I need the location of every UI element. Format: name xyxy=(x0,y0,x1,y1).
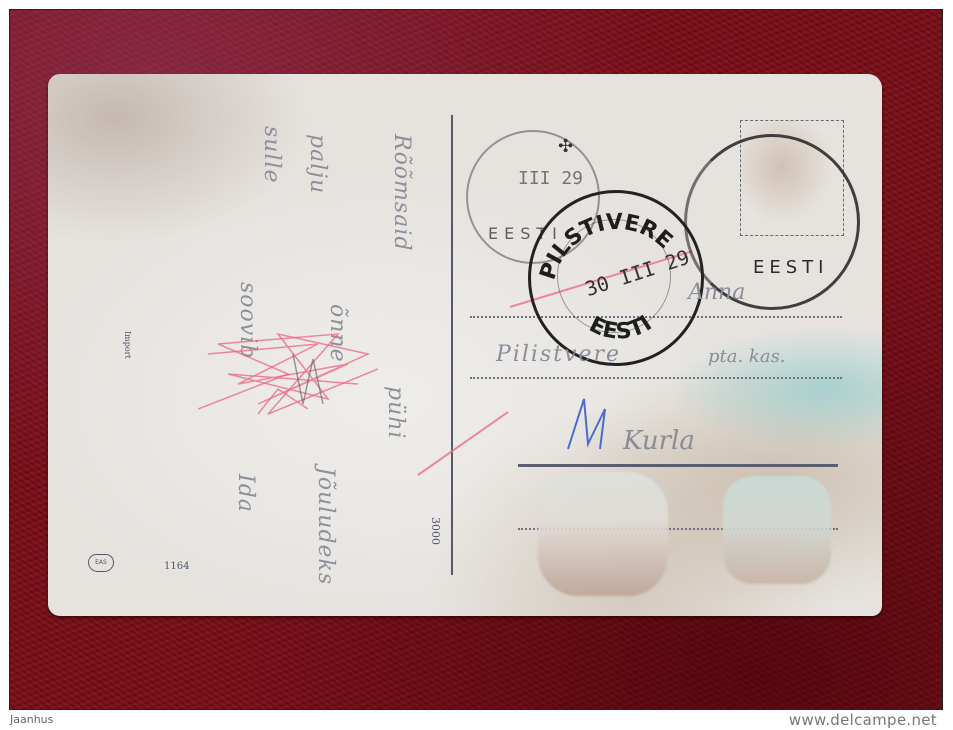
censored-region xyxy=(538,472,668,596)
svg-text:EESTI: EESTI xyxy=(585,311,656,345)
postmark-right-country: EESTI xyxy=(753,257,828,278)
handwriting-roomsaid: Rõõmsaid xyxy=(389,134,414,251)
postmark-main-country: EESTI xyxy=(585,311,656,345)
address-place: Pilistvere xyxy=(496,342,621,367)
series-number: 1164 xyxy=(164,561,189,572)
address-recipient-name: Anna xyxy=(688,280,745,305)
address-city: Kurla xyxy=(623,426,695,456)
handwriting-sulle: sulle xyxy=(259,126,284,184)
publisher-logo-icon: EAS xyxy=(88,554,114,572)
site-watermark: www.delcampe.net xyxy=(789,711,937,729)
blue-pencil-mark xyxy=(560,394,620,454)
handwriting-joululeks: Jõuludeks xyxy=(313,467,338,585)
postcard-center-divider xyxy=(451,115,453,575)
clover-icon: ✣ xyxy=(558,136,573,157)
catalog-number: 3000 xyxy=(429,517,442,545)
censored-region xyxy=(723,476,831,584)
pink-pencil-stroke xyxy=(417,411,508,476)
photographer-credit: Jaanhus xyxy=(10,713,53,726)
address-place-suffix: pta. kas. xyxy=(708,346,786,367)
handwriting-signature: Ida xyxy=(233,474,258,513)
postcard: Import 3000 1164 EAS sulle palju Rõõmsai… xyxy=(48,74,882,616)
address-line-2 xyxy=(470,377,842,379)
address-line-3 xyxy=(518,464,838,467)
postmark-faint-date: III 29 xyxy=(518,168,583,189)
postmark-main: PILSTIVERE EESTI 30 III 29 xyxy=(528,190,704,366)
handwriting-palju: palju xyxy=(305,134,330,194)
red-scribble xyxy=(198,314,408,424)
import-label: Import xyxy=(123,331,132,359)
